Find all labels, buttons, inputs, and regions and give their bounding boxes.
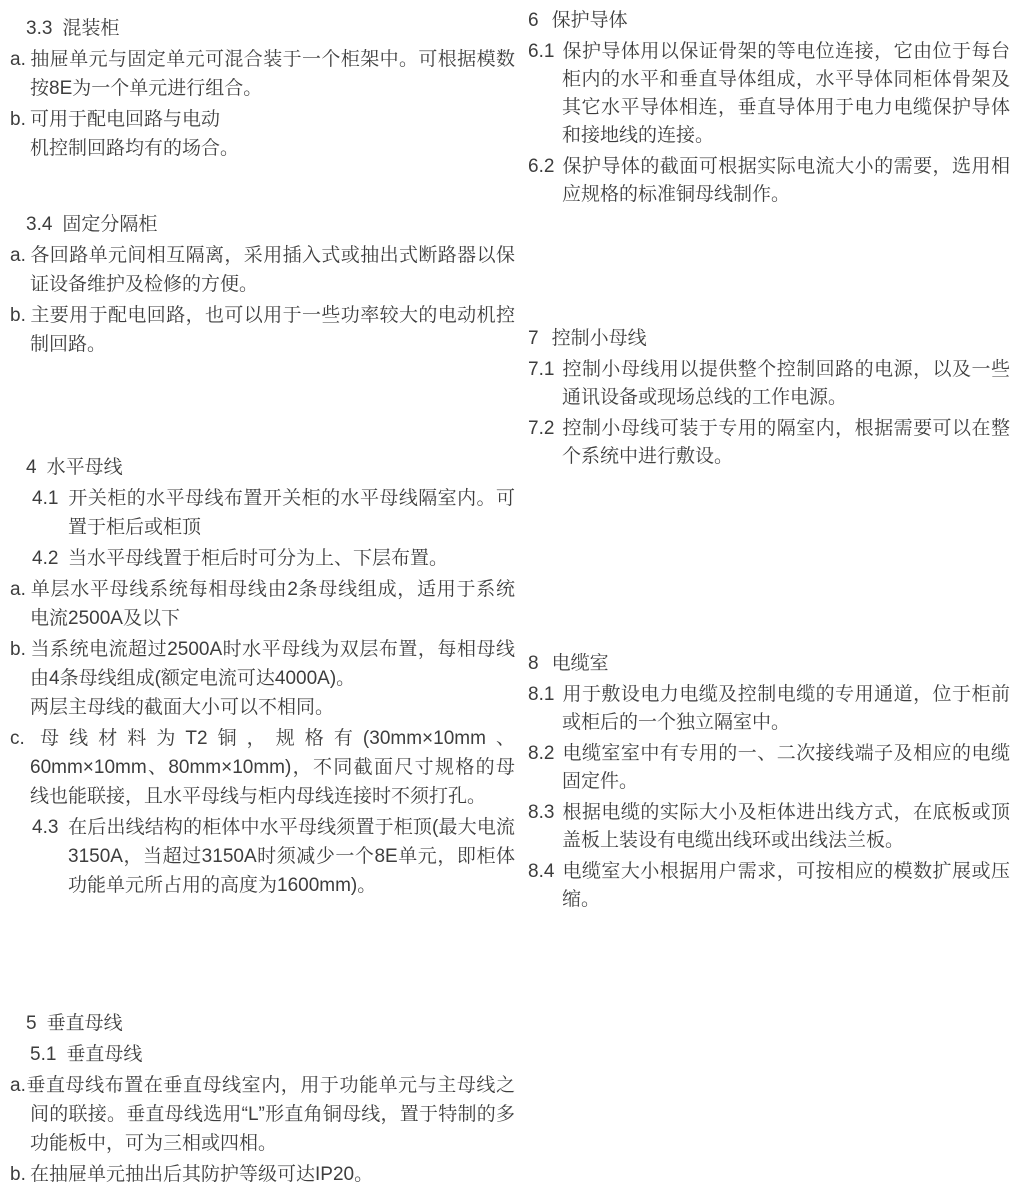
clause-text: 根据电缆的实际大小及柜体进出线方式，在底板或顶盖板上装设有电缆出线环或出线法兰板… [562, 802, 1010, 851]
clause-label: 4.2 [32, 544, 68, 573]
clause-label: 4.3 [32, 813, 68, 842]
section-3-3: 3.3混装柜 a.抽屉单元与固定单元可混合装于一个柜架中。可根据模数按8E为一个… [10, 14, 515, 165]
section-5-heading: 5垂直母线 [10, 1009, 515, 1038]
section-7-heading: 7控制小母线 [528, 325, 1010, 353]
clause-text: 用于敷设电力电缆及控制电缆的专用通道，位于柜前或柜后的一个独立隔室中。 [562, 684, 1010, 733]
clause-text: 保护导体的截面可根据实际电流大小的需要，选用相应规格的标准铜母线制作。 [562, 156, 1010, 205]
item-label: a. [10, 575, 30, 604]
section-3-4-heading: 3.4固定分隔柜 [10, 210, 515, 239]
section-3-4: 3.4固定分隔柜 a.各回路单元间相互隔离，采用插入式或抽出式断路器以保证设备维… [10, 210, 515, 361]
item-text: 当系统电流超过2500A时水平母线为双层布置，每相母线由4条母线组成(额定电流可… [30, 639, 515, 718]
item-text: 单层水平母线系统每相母线由2条母线组成，适用于系统电流2500A及以下 [30, 579, 515, 629]
clause-text: 电缆室室中有专用的一、二次接线端子及相应的电缆固定件。 [562, 743, 1010, 792]
clause-4-1: 4.1开关柜的水平母线布置开关柜的水平母线隔室内。可置于柜后或柜顶 [10, 484, 515, 542]
item-label: b. [10, 1160, 30, 1189]
section-5-1-title: 垂直母线 [66, 1044, 142, 1065]
item-label: b. [10, 301, 30, 330]
section-7-number: 7 [528, 325, 539, 353]
clause-text: 电缆室大小根据用户需求，可按相应的模数扩展或压缩。 [562, 861, 1010, 910]
section-5-1-number: 5.1 [30, 1040, 56, 1069]
section-6: 6保护导体 6.1保护导体用以保证骨架的等电位连接，它由位于每台柜内的水平和垂直… [528, 7, 1010, 212]
section-5: 5垂直母线 5.1垂直母线 a.垂直母线布置在垂直母线室内，用于功能单元与主母线… [10, 1009, 515, 1190]
clause-label: 6.1 [528, 38, 562, 66]
clause-text: 开关柜的水平母线布置开关柜的水平母线隔室内。可置于柜后或柜顶 [68, 488, 515, 538]
clause-6-2: 6.2保护导体的截面可根据实际电流大小的需要，选用相应规格的标准铜母线制作。 [528, 153, 1010, 209]
item-text: 母线材料为T2铜，规格有(30mm×10mm、60mm×10mm、80mm×10… [30, 728, 515, 807]
clause-label: 8.1 [528, 681, 562, 709]
section-3-3-number: 3.3 [26, 14, 52, 43]
section-8-number: 8 [528, 650, 539, 678]
section-4-item-a: a.单层水平母线系统每相母线由2条母线组成，适用于系统电流2500A及以下 [10, 575, 515, 633]
section-3-4-item-b: b.主要用于配电回路，也可以用于一些功率较大的电动机控制回路。 [10, 301, 515, 359]
item-text: 各回路单元间相互隔离，采用插入式或抽出式断路器以保证设备维护及检修的方便。 [30, 245, 515, 295]
clause-label: 6.2 [528, 153, 562, 181]
section-3-4-number: 3.4 [26, 210, 52, 239]
section-4: 4水平母线 4.1开关柜的水平母线布置开关柜的水平母线隔室内。可置于柜后或柜顶 … [10, 453, 515, 902]
section-7: 7控制小母线 7.1控制小母线用以提供整个控制回路的电源，以及一些通讯设备或现场… [528, 325, 1010, 474]
section-5-title: 垂直母线 [47, 1013, 123, 1034]
clause-text: 在后出线结构的柜体中水平母线须置于柜顶(最大电流3150A，当超过3150A时须… [68, 817, 515, 896]
section-4-title: 水平母线 [47, 457, 123, 478]
section-7-title: 控制小母线 [552, 328, 647, 349]
section-4-item-b: b.当系统电流超过2500A时水平母线为双层布置，每相母线由4条母线组成(额定电… [10, 635, 515, 722]
right-column: 6保护导体 6.1保护导体用以保证骨架的等电位连接，它由位于每台柜内的水平和垂直… [528, 0, 1010, 1190]
clause-7-1: 7.1控制小母线用以提供整个控制回路的电源，以及一些通讯设备或现场总线的工作电源… [528, 356, 1010, 412]
clause-label: 8.4 [528, 858, 562, 886]
section-3-4-item-a: a.各回路单元间相互隔离，采用插入式或抽出式断路器以保证设备维护及检修的方便。 [10, 241, 515, 299]
technical-document-page: 3.3混装柜 a.抽屉单元与固定单元可混合装于一个柜架中。可根据模数按8E为一个… [0, 0, 1015, 1190]
item-text: 主要用于配电回路，也可以用于一些功率较大的电动机控制回路。 [30, 305, 515, 355]
clause-4-3: 4.3在后出线结构的柜体中水平母线须置于柜顶(最大电流3150A，当超过3150… [10, 813, 515, 900]
clause-label: 7.2 [528, 415, 562, 443]
section-3-3-item-b: b.可用于配电回路与电动 机控制回路均有的场合。 [10, 105, 515, 163]
item-text: 抽屉单元与固定单元可混合装于一个柜架中。可根据模数按8E为一个单元进行组合。 [30, 49, 515, 99]
item-text: 可用于配电回路与电动 机控制回路均有的场合。 [30, 109, 239, 159]
section-4-heading: 4水平母线 [10, 453, 515, 482]
item-label: a. [10, 1071, 26, 1100]
clause-label: 8.3 [528, 799, 562, 827]
item-label: b. [10, 105, 30, 134]
item-label: a. [10, 45, 30, 74]
clause-label: 4.1 [32, 484, 68, 513]
clause-text: 控制小母线可装于专用的隔室内，根据需要可以在整个系统中进行敷设。 [562, 418, 1010, 467]
clause-label: 8.2 [528, 740, 562, 768]
section-5-1-heading: 5.1垂直母线 [10, 1040, 515, 1069]
item-label: c. [10, 724, 30, 753]
item-text: 在抽屉单元抽出后其防护等级可达IP20。 [30, 1164, 373, 1185]
clause-4-2: 4.2当水平母线置于柜后时可分为上、下层布置。 [10, 544, 515, 573]
section-3-3-heading: 3.3混装柜 [10, 14, 515, 43]
clause-8-2: 8.2电缆室室中有专用的一、二次接线端子及相应的电缆固定件。 [528, 740, 1010, 796]
section-6-number: 6 [528, 7, 539, 35]
item-label: b. [10, 635, 30, 664]
section-5-item-a: a.垂直母线布置在垂直母线室内，用于功能单元与主母线之间的联接。垂直母线选用“L… [10, 1071, 515, 1158]
section-4-item-c: c.母线材料为T2铜，规格有(30mm×10mm、60mm×10mm、80mm×… [10, 724, 515, 811]
clause-label: 7.1 [528, 356, 562, 384]
section-6-title: 保护导体 [552, 10, 628, 31]
item-text: 垂直母线布置在垂直母线室内，用于功能单元与主母线之间的联接。垂直母线选用“L”形… [26, 1075, 515, 1154]
section-8-title: 电缆室 [552, 653, 609, 674]
section-4-number: 4 [26, 453, 37, 482]
item-label: a. [10, 241, 30, 270]
clause-8-4: 8.4电缆室大小根据用户需求，可按相应的模数扩展或压缩。 [528, 858, 1010, 914]
section-3-3-title: 混装柜 [62, 18, 119, 39]
clause-7-2: 7.2控制小母线可装于专用的隔室内，根据需要可以在整个系统中进行敷设。 [528, 415, 1010, 471]
clause-6-1: 6.1保护导体用以保证骨架的等电位连接，它由位于每台柜内的水平和垂直导体组成，水… [528, 38, 1010, 150]
section-5-item-b: b.在抽屉单元抽出后其防护等级可达IP20。 [10, 1160, 515, 1189]
section-6-heading: 6保护导体 [528, 7, 1010, 35]
clause-text: 控制小母线用以提供整个控制回路的电源，以及一些通讯设备或现场总线的工作电源。 [562, 359, 1010, 408]
section-8-heading: 8电缆室 [528, 650, 1010, 678]
section-3-4-title: 固定分隔柜 [62, 214, 157, 235]
clause-text: 当水平母线置于柜后时可分为上、下层布置。 [68, 548, 448, 569]
clause-text: 保护导体用以保证骨架的等电位连接，它由位于每台柜内的水平和垂直导体组成，水平导体… [562, 41, 1010, 146]
clause-8-1: 8.1用于敷设电力电缆及控制电缆的专用通道，位于柜前或柜后的一个独立隔室中。 [528, 681, 1010, 737]
clause-8-3: 8.3根据电缆的实际大小及柜体进出线方式，在底板或顶盖板上装设有电缆出线环或出线… [528, 799, 1010, 855]
left-column: 3.3混装柜 a.抽屉单元与固定单元可混合装于一个柜架中。可根据模数按8E为一个… [10, 0, 515, 1190]
section-3-3-item-a: a.抽屉单元与固定单元可混合装于一个柜架中。可根据模数按8E为一个单元进行组合。 [10, 45, 515, 103]
section-8: 8电缆室 8.1用于敷设电力电缆及控制电缆的专用通道，位于柜前或柜后的一个独立隔… [528, 650, 1010, 917]
section-5-number: 5 [26, 1009, 37, 1038]
